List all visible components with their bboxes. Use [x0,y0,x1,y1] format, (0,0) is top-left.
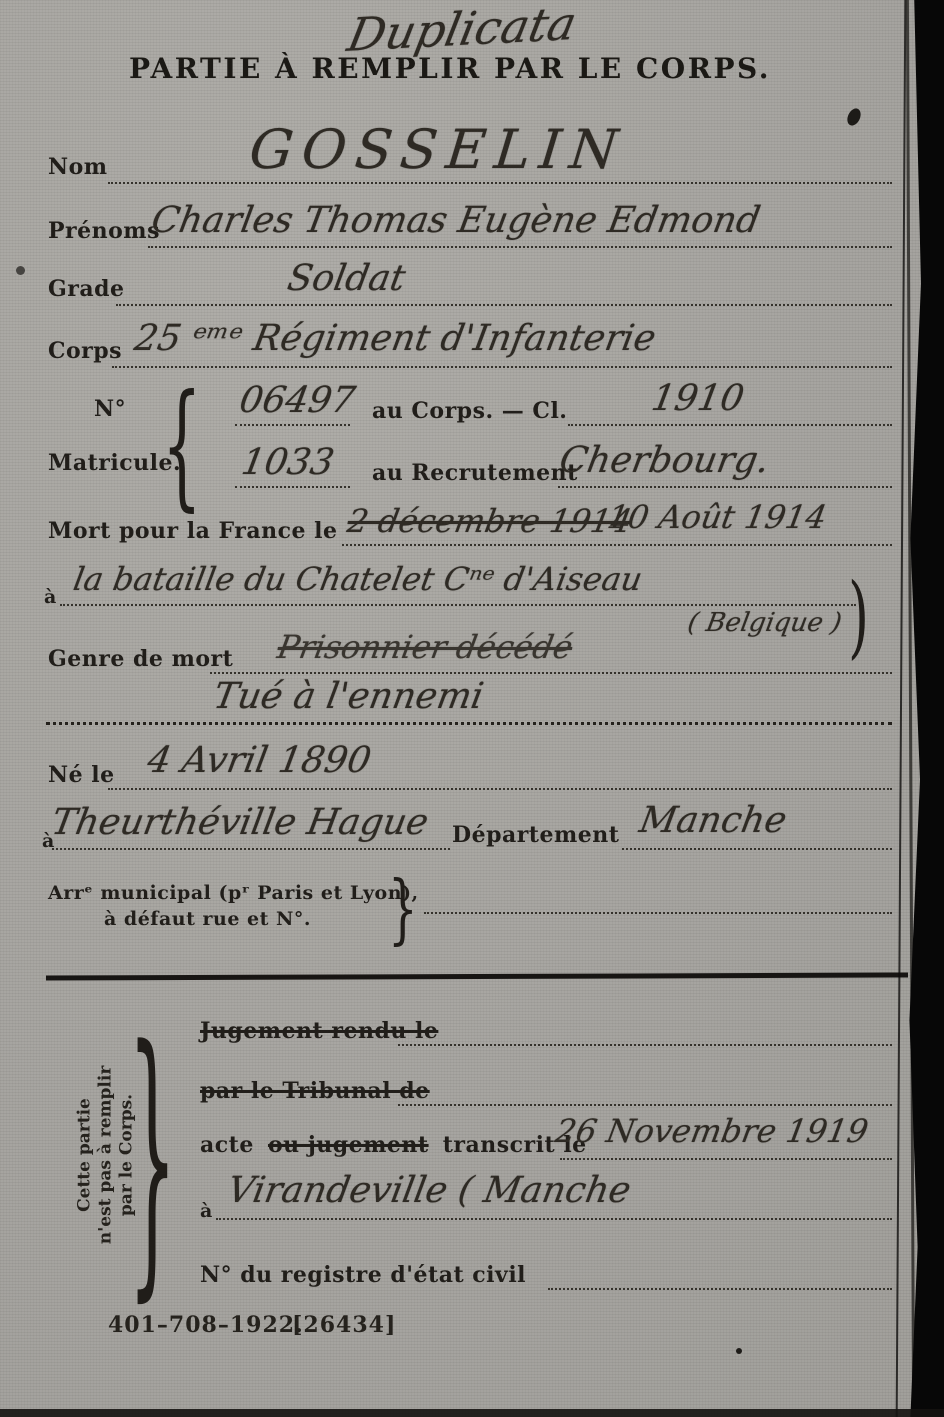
departement-label: Département [452,822,619,848]
matricule-corps-rule [235,424,350,426]
fold-line [896,0,907,1417]
death-record-form: Duplicata PARTIE À REMPLIR PAR LE CORPS.… [0,0,944,1417]
jugement-label: Jugement rendu le [200,1018,438,1044]
tribunal-rule [398,1104,892,1106]
registre-label: N° du registre d'état civil [200,1262,526,1288]
au-recrutement-label: au Recrutement [372,460,578,486]
margin-note-line-2: n'est pas à remplir [95,1066,116,1245]
jugement-rule [398,1044,892,1046]
au-corps-label: au Corps. — Cl. [372,398,567,424]
corps-label: Corps [48,338,122,364]
genre-mention-barree: Prisonnier décédé [275,628,576,666]
mort-rule [342,544,892,546]
naissance-date: 4 Avril 1890 [144,740,374,781]
grade-value: Soldat [284,258,408,299]
genre-rule-2 [46,722,892,725]
prenoms-label: Prénoms [48,218,160,244]
mort-date: 10 Août 1914 [605,498,830,536]
imprint-code: 401–708–1922. [108,1312,304,1338]
imprint-ref: [26434] [292,1312,396,1338]
lieu-naissance-commune: Theurthéville Hague [48,802,431,843]
genre-label: Genre de mort [48,646,233,672]
prenoms-rule [148,246,892,248]
acte-prefix: acte [200,1132,254,1158]
ink-blot [845,106,863,127]
lieu-transcription-value: Virandeville ( Manche [224,1170,634,1211]
lieu-transcription-rule [216,1218,892,1220]
departement-rule [622,848,892,850]
fold-line [906,0,915,1417]
naissance-label: Né le [48,762,115,788]
registre-rule [548,1288,892,1290]
acte-rule [560,1158,892,1160]
recrutement-place-value: Cherbourg. [556,440,772,481]
prenoms-value: Charles Thomas Eugène Edmond [148,200,763,241]
acte-label: acte ou jugement transcrit le [200,1132,593,1158]
lieu-deces-label: à [44,586,57,608]
lieu-deces-rule [60,604,856,606]
grade-label: Grade [48,276,125,302]
lieu-deces-pays: ( Belgique ) [685,608,844,638]
section-divider [46,972,908,980]
corps-value: 25 ᵉᵐᵉ Régiment d'Infanterie [131,318,659,359]
lieu-naissance-rule [52,848,450,850]
matricule-recrutement-value: 1033 [238,442,337,483]
arrondissement-label-2: à défaut rue et N°. [104,908,311,930]
nom-label: Nom [48,154,108,180]
arrondissement-brace: } [388,872,418,947]
acte-date: 26 Novembre 1919 [553,1112,872,1150]
scan-edge-bottom [0,1409,944,1417]
classe-rule [568,424,892,426]
recrutement-place-rule [558,486,892,488]
departement-value: Manche [636,800,789,841]
arrondissement-rule [424,912,892,914]
lieu-deces-value: la bataille du Chatelet Cⁿᵉ d'Aiseau [71,560,646,598]
corps-rule [112,366,892,368]
pays-paren: ) [848,572,869,662]
matricule-no-label: N° [94,396,126,422]
matricule-brace: { [162,378,202,515]
margin-note-line-1: Cette partie [74,1066,95,1245]
nom-value: GOSSELIN [247,118,630,181]
arrondissement-label-1: Arrᵉ municipal (pʳ Paris et Lyon), [48,882,419,904]
mort-label: Mort pour la France le [48,518,338,544]
matricule-corps-value: 06497 [236,380,358,421]
nom-rule [108,182,892,184]
matricule-recrutement-rule [235,486,350,488]
lieu-transcription-label: à [200,1200,213,1222]
genre-mention: Tué à l'ennemi [210,676,486,717]
classe-value: 1910 [648,378,747,419]
form-title: PARTIE À REMPLIR PAR LE CORPS. [0,52,900,85]
tribunal-label: par le Tribunal de [200,1078,430,1104]
grade-rule [116,304,892,306]
transcription-brace: } [128,1012,177,1301]
mort-date-barree: 2 décembre 1914 [345,502,635,540]
naissance-rule [108,788,892,790]
ink-blot [736,1348,742,1354]
acte-barre: ou jugement [268,1132,429,1158]
ink-blot [16,266,25,275]
genre-rule [210,672,892,674]
